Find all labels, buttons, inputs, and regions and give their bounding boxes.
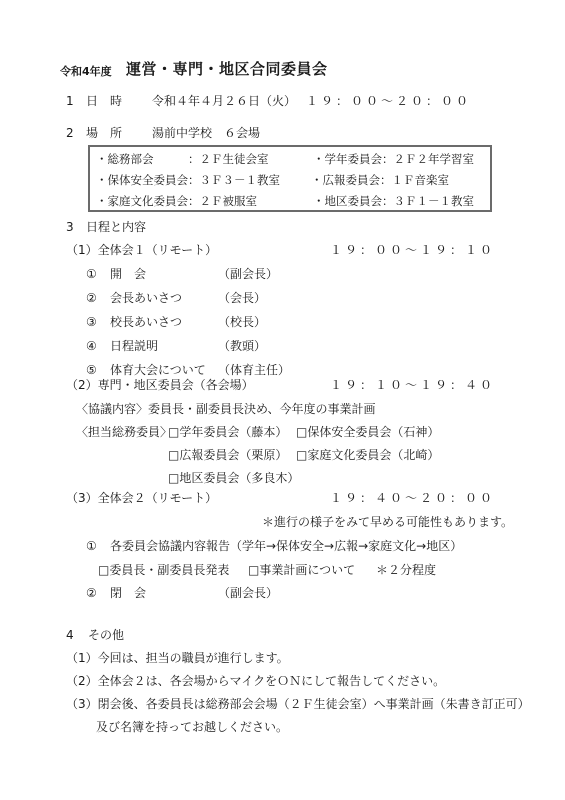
other-item-1: （1）今回は、担当の職員が進行します。: [66, 650, 289, 666]
part1-item5-text: 体育大会について: [110, 362, 206, 378]
other-item-3: （3）閉会後、各委員長は総務部会会場（２Ｆ生徒会室）へ事業計画（朱書き訂正可）: [66, 696, 530, 712]
part1-item5-mark: ⑤: [86, 362, 97, 378]
room-kouhou: ・広報委員会：１Ｆ音楽室: [311, 172, 449, 188]
part1-item2-role: （会長）: [218, 290, 266, 306]
part2-time: １９：１０～１９：４０: [330, 377, 495, 393]
part2-staff-label: 〈担当総務委員〉: [76, 424, 172, 440]
section-4-number: 4: [66, 627, 74, 643]
part1-item4-mark: ④: [86, 338, 97, 354]
part1-item5-role: （体育主任）: [218, 362, 290, 378]
part3-item1-text: 各委員会協議内容報告（学年→保体安全→広報→家庭文化→地区）: [110, 538, 462, 554]
part1-item3-role: （校長）: [218, 314, 266, 330]
part3-item1-mark: ①: [86, 538, 97, 554]
meeting-place: 湯前中学校 ６会場: [152, 125, 260, 141]
section-2-label: 場 所: [86, 125, 122, 141]
part3-sub-announce: □委員長・副委員長発表: [98, 562, 229, 578]
meeting-date: 令和４年４月２６日（火）: [152, 93, 296, 109]
part3-item2-text: 閉 会: [110, 585, 146, 601]
section-1-label: 日 時: [86, 93, 122, 109]
other-item-3-cont: 及び名簿を持ってお越しください。: [96, 719, 288, 735]
staff-chiku: □地区委員会（多良木）: [168, 470, 299, 486]
part1-item1-text: 開 会: [110, 266, 146, 282]
part2-discussion: 〈協議内容〉委員長・副委員長決め、今年度の事業計画: [76, 401, 376, 417]
part1-time: １９：００～１９：１０: [330, 242, 495, 258]
part3-item2-mark: ②: [86, 585, 97, 601]
part1-item4-role: （教頭）: [218, 338, 266, 354]
other-item-2: （2）全体会２は、各会場からマイクをＯＮにして報告してください。: [66, 673, 445, 689]
part1-item3-mark: ③: [86, 314, 97, 330]
room-katei: ・家庭文化委員会：２Ｆ被服室: [96, 193, 257, 209]
part1-heading: （1）全体会１（リモート）: [66, 242, 217, 258]
part1-item3-text: 校長あいさつ: [110, 314, 182, 330]
part3-sub-duration: ＊２分程度: [376, 562, 436, 578]
room-gakunen: ・学年委員会：２Ｆ２年学習室: [313, 151, 474, 167]
part3-time: １９：４０～２０：００: [330, 490, 495, 506]
section-1-number: 1: [66, 93, 74, 109]
part1-item4-text: 日程説明: [110, 338, 158, 354]
staff-gakunen: □学年委員会（藤本）: [168, 424, 287, 440]
part3-heading: （3）全体会２（リモート）: [66, 490, 217, 506]
meeting-time: １９：００～２０：００: [306, 93, 471, 109]
title-prefix: 令和4年度: [60, 64, 112, 80]
section-3-label: 日程と内容: [86, 219, 146, 235]
staff-katei: □家庭文化委員会（北崎）: [296, 447, 439, 463]
section-2-number: 2: [66, 125, 74, 141]
part3-item2-role: （副会長）: [218, 585, 278, 601]
section-4-label: その他: [88, 627, 124, 643]
room-hotai: ・保体安全委員会：３Ｆ３－１教室: [96, 172, 280, 188]
part1-item1-role: （副会長）: [218, 266, 278, 282]
room-soumu: ・総務部会 ：２Ｆ生徒会室: [96, 151, 269, 167]
part1-item2-text: 会長あいさつ: [110, 290, 182, 306]
document-title: 運営・専門・地区合同委員会: [126, 61, 328, 77]
staff-kouhou: □広報委員会（栗原）: [168, 447, 287, 463]
part2-heading: （2）専門・地区委員会（各会場）: [66, 377, 254, 393]
room-chiku: ・地区委員会：３Ｆ１－１教室: [313, 193, 474, 209]
part1-item1-mark: ①: [86, 266, 97, 282]
part1-item2-mark: ②: [86, 290, 97, 306]
staff-hotai: □保体安全委員会（石神）: [296, 424, 439, 440]
section-3-number: 3: [66, 219, 74, 235]
part3-note: ＊進行の様子をみて早める可能性もあります。: [262, 514, 513, 530]
part3-sub-plan: □事業計画について: [248, 562, 355, 578]
